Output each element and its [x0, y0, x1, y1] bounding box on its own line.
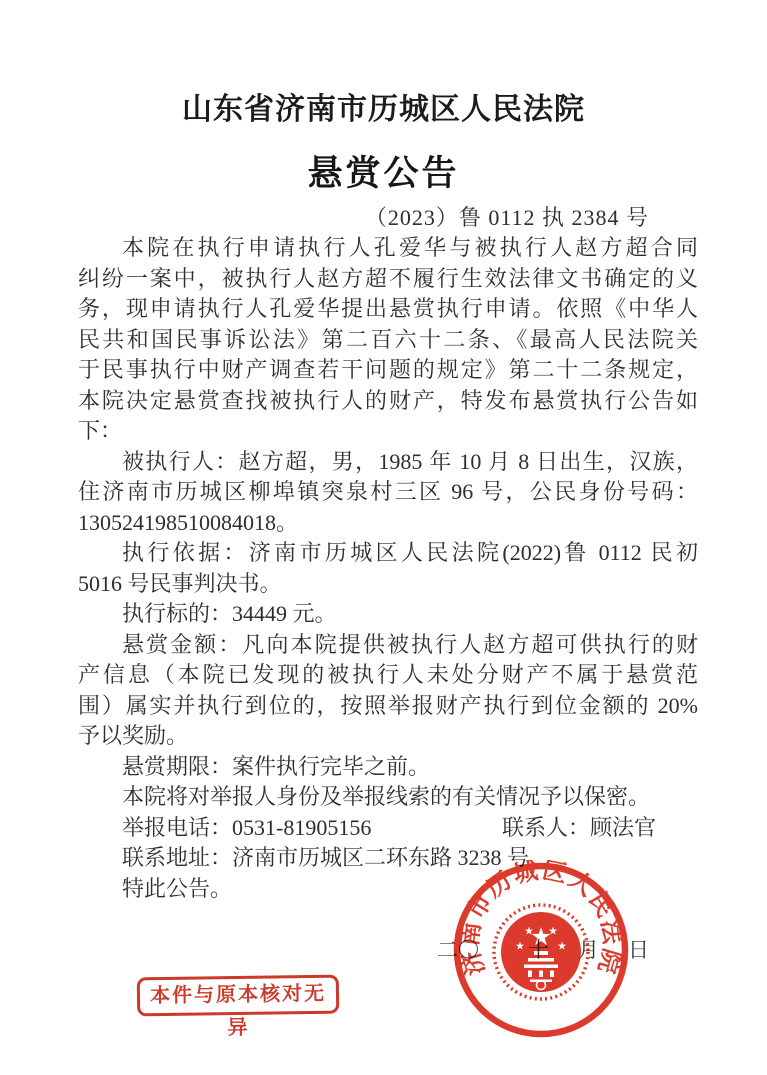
body-line: 本院在执行申请执行人孔爱华与被执行人赵方超合同: [78, 233, 698, 264]
body-line: 执行标的：34449 元。: [78, 599, 698, 630]
body-line: 悬赏金额：凡向本院提供被执行人赵方超可供执行的财: [78, 630, 698, 661]
body-line: 本院决定悬赏查找被执行人的财产，特发布悬赏执行公告如: [78, 386, 698, 417]
body-line: 于民事执行中财产调查若干问题的规定》第二十二条规定，: [78, 355, 698, 386]
case-number: （2023）鲁 0112 执 2384 号: [365, 201, 649, 232]
contact-person: 联系人：顾法官: [502, 813, 656, 844]
body-line: 被执行人：赵方超，男，1985 年 10 月 8 日出生，汉族，: [78, 447, 698, 478]
body-line: 产信息（本院已发现的被执行人未处分财产不属于悬赏范: [78, 660, 698, 691]
body-line: 悬赏期限：案件执行完毕之前。: [78, 752, 698, 783]
body-line: 住济南市历城区柳埠镇突泉村三区 96 号，公民身份号码：: [78, 477, 698, 508]
court-seal: 济南市历城区人民法院: [451, 860, 631, 1040]
body-line: 务，现申请执行人孔爱华提出悬赏执行申请。依照《中华人: [78, 294, 698, 325]
body-line: 予以奖励。: [78, 721, 698, 752]
body-text: 本院在执行申请执行人孔爱华与被执行人赵方超合同纠纷一案中，被执行人赵方超不履行生…: [78, 233, 698, 904]
body-line: 下：: [78, 416, 698, 447]
notice-title: 悬赏公告: [0, 146, 767, 196]
report-phone: 举报电话：0531-81905156: [78, 813, 371, 844]
body-line: 围）属实并执行到位的，按照举报财产执行到位金额的 20%: [78, 691, 698, 722]
verification-stamp: 本件与原本核对无异: [137, 975, 340, 1017]
body-line: 130524198510084018。: [78, 508, 698, 539]
body-line: 执行依据：济南市历城区人民法院(2022)鲁 0112 民初: [78, 538, 698, 569]
body-line: 民共和国民事诉讼法》第二百六十二条、《最高人民法院关: [78, 325, 698, 356]
court-name: 山东省济南市历城区人民法院: [0, 84, 767, 128]
body-line: 举报电话：0531-81905156联系人：顾法官: [78, 813, 698, 844]
body-line: 本院将对举报人身份及举报线索的有关情况予以保密。: [78, 782, 698, 813]
date-line: 二〇十月日: [0, 934, 767, 960]
national-emblem-icon: [494, 905, 588, 999]
body-line: 5016 号民事判决书。: [78, 569, 698, 600]
body-line: 纠纷一案中，被执行人赵方超不履行生效法律文书确定的义: [78, 264, 698, 295]
date-fragment: 日: [628, 934, 649, 964]
document-page: 山东省济南市历城区人民法院 悬赏公告 （2023）鲁 0112 执 2384 号…: [0, 0, 767, 1075]
